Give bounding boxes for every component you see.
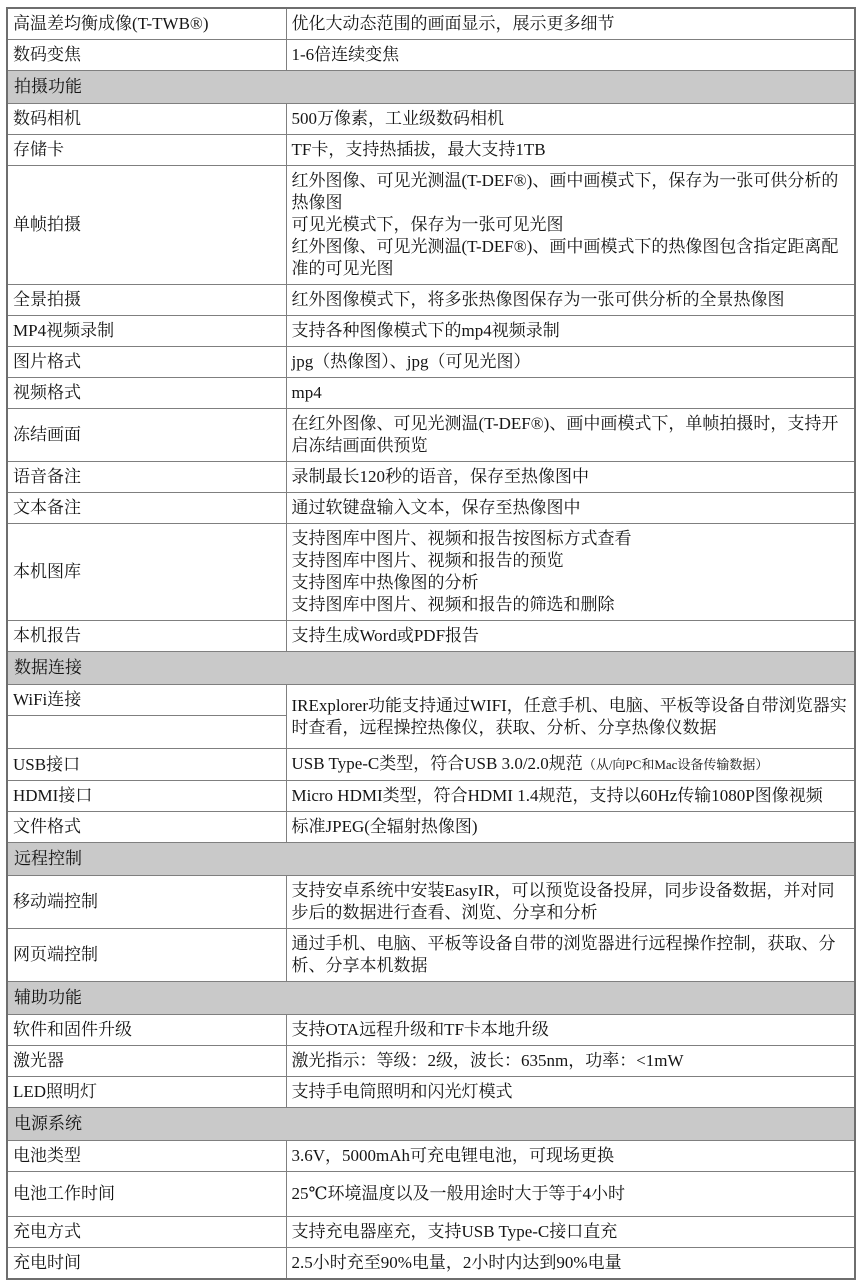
spec-label: LED照明灯 <box>7 1077 286 1108</box>
table-row: 软件和固件升级支持OTA远程升级和TF卡本地升级 <box>7 1015 855 1046</box>
spec-value-line: 3.6V，5000mAh可充电锂电池，可现场更换 <box>292 1145 850 1167</box>
section-header: 远程控制 <box>7 843 855 876</box>
spec-value-text: 优化大动态范围的画面显示，展示更多细节 <box>292 14 615 33</box>
spec-value-text: 3.6V，5000mAh可充电锂电池，可现场更换 <box>292 1146 615 1165</box>
spec-label: HDMI接口 <box>7 781 286 812</box>
spec-value-line: 标准JPEG(全辐射热像图) <box>292 816 850 838</box>
spec-value-line: 500万像素，工业级数码相机 <box>292 108 850 130</box>
table-row: WiFi连接IRExplorer功能支持通过WIFI，任意手机、电脑、平板等设备… <box>7 685 855 716</box>
spec-value: 支持手电筒照明和闪光灯模式 <box>286 1077 855 1108</box>
spec-value: 标准JPEG(全辐射热像图) <box>286 812 855 843</box>
spec-label: 电池工作时间 <box>7 1172 286 1217</box>
spec-value: 1-6倍连续变焦 <box>286 40 855 71</box>
spec-value-text: Micro HDMI类型，符合HDMI 1.4规范，支持以60Hz传输1080P… <box>292 786 823 805</box>
spec-value: 3.6V，5000mAh可充电锂电池，可现场更换 <box>286 1141 855 1172</box>
table-row: 视频格式mp4 <box>7 378 855 409</box>
spec-value: 红外图像、可见光测温(T-DEF®)、画中画模式下，保存为一张可供分析的热像图可… <box>286 166 855 285</box>
spec-value-text: 标准JPEG(全辐射热像图) <box>292 817 478 836</box>
spec-value: 2.5小时充至90%电量，2小时内达到90%电量 <box>286 1248 855 1280</box>
spec-label: 软件和固件升级 <box>7 1015 286 1046</box>
spec-value-text: 通过手机、电脑、平板等设备自带的浏览器进行远程操作控制，获取、分析、分享本机数据 <box>292 934 836 975</box>
table-row: 文本备注通过软键盘输入文本，保存至热像图中 <box>7 493 855 524</box>
spec-label: MP4视频录制 <box>7 316 286 347</box>
spec-label: 高温差均衡成像(T-TWB®) <box>7 8 286 40</box>
spec-table-body: 高温差均衡成像(T-TWB®)优化大动态范围的画面显示，展示更多细节数码变焦1-… <box>7 8 855 1279</box>
table-row: 全景拍摄红外图像模式下，将多张热像图保存为一张可供分析的全景热像图 <box>7 285 855 316</box>
spec-value-line: TF卡，支持热插拔，最大支持1TB <box>292 139 850 161</box>
spec-value-line: 红外图像、可见光测温(T-DEF®)、画中画模式下，保存为一张可供分析的热像图 <box>292 170 850 214</box>
table-row: 图片格式jpg（热像图）、jpg（可见光图） <box>7 347 855 378</box>
spec-value-line: jpg（热像图）、jpg（可见光图） <box>292 351 850 373</box>
spec-value-text: 支持充电器座充，支持USB Type-C接口直充 <box>292 1222 618 1241</box>
table-row: MP4视频录制支持各种图像模式下的mp4视频录制 <box>7 316 855 347</box>
spec-value-text: 支持手电筒照明和闪光灯模式 <box>292 1082 513 1101</box>
spec-value: 支持图库中图片、视频和报告按图标方式查看支持图库中图片、视频和报告的预览支持图库… <box>286 524 855 621</box>
spec-value-line: 支持图库中图片、视频和报告的预览 <box>292 550 850 572</box>
spec-value-text: 录制最长120秒的语音，保存至热像图中 <box>292 467 590 486</box>
spec-value-line: 支持图库中图片、视频和报告的筛选和删除 <box>292 594 850 616</box>
spec-value: 支持OTA远程升级和TF卡本地升级 <box>286 1015 855 1046</box>
spec-value: 支持生成Word或PDF报告 <box>286 621 855 652</box>
spec-value-line: 支持图库中热像图的分析 <box>292 572 850 594</box>
spec-value-text: 支持图库中图片、视频和报告的筛选和删除 <box>292 595 615 614</box>
spec-label: 电池类型 <box>7 1141 286 1172</box>
spec-value-line: 在红外图像、可见光测温(T-DEF®)、画中画模式下，单帧拍摄时，支持开启冻结画… <box>292 413 850 457</box>
table-row: USB接口USB Type-C类型，符合USB 3.0/2.0规范（从/向PC和… <box>7 749 855 781</box>
spec-label: 单帧拍摄 <box>7 166 286 285</box>
spec-value: 在红外图像、可见光测温(T-DEF®)、画中画模式下，单帧拍摄时，支持开启冻结画… <box>286 409 855 462</box>
spec-label: 视频格式 <box>7 378 286 409</box>
spec-label: 图片格式 <box>7 347 286 378</box>
spec-value: jpg（热像图）、jpg（可见光图） <box>286 347 855 378</box>
table-row: 数码变焦1-6倍连续变焦 <box>7 40 855 71</box>
section-header: 数据连接 <box>7 652 855 685</box>
section-row: 数据连接 <box>7 652 855 685</box>
spec-value-text: 在红外图像、可见光测温(T-DEF®)、画中画模式下，单帧拍摄时，支持开启冻结画… <box>292 414 839 455</box>
section-header: 辅助功能 <box>7 982 855 1015</box>
spec-value-line: 通过手机、电脑、平板等设备自带的浏览器进行远程操作控制，获取、分析、分享本机数据 <box>292 933 850 977</box>
section-header: 拍摄功能 <box>7 71 855 104</box>
table-row: 激光器激光指示：等级：2级，波长：635nm，功率：<1mW <box>7 1046 855 1077</box>
spec-value-text: 支持OTA远程升级和TF卡本地升级 <box>292 1020 549 1039</box>
spec-value-line: 支持OTA远程升级和TF卡本地升级 <box>292 1019 850 1041</box>
table-row: 电池类型3.6V，5000mAh可充电锂电池，可现场更换 <box>7 1141 855 1172</box>
spec-value-text: IRExplorer功能支持通过WIFI，任意手机、电脑、平板等设备自带浏览器实… <box>292 696 847 737</box>
spec-value-text: 500万像素，工业级数码相机 <box>292 109 505 128</box>
spec-value-line: 可见光模式下，保存为一张可见光图 <box>292 214 850 236</box>
table-row: 冻结画面在红外图像、可见光测温(T-DEF®)、画中画模式下，单帧拍摄时，支持开… <box>7 409 855 462</box>
spec-value-text: 25℃环境温度以及一般用途时大于等于4小时 <box>292 1184 626 1203</box>
table-row: 语音备注录制最长120秒的语音，保存至热像图中 <box>7 462 855 493</box>
spec-value-line: Micro HDMI类型，符合HDMI 1.4规范，支持以60Hz传输1080P… <box>292 785 850 807</box>
spec-value-line: 录制最长120秒的语音，保存至热像图中 <box>292 466 850 488</box>
spec-value-line: 支持安卓系统中安装EasyIR，可以预览设备投屏，同步设备数据，并对同步后的数据… <box>292 880 850 924</box>
spec-label: USB接口 <box>7 749 286 781</box>
spec-value-line: 红外图像模式下，将多张热像图保存为一张可供分析的全景热像图 <box>292 289 850 311</box>
spec-value-line: 支持各种图像模式下的mp4视频录制 <box>292 320 850 342</box>
spec-label: WiFi连接 <box>7 685 286 716</box>
spec-value-text: 支持图库中热像图的分析 <box>292 573 479 592</box>
spec-label-empty <box>7 716 286 749</box>
section-row: 拍摄功能 <box>7 71 855 104</box>
section-row: 辅助功能 <box>7 982 855 1015</box>
spec-label: 充电方式 <box>7 1217 286 1248</box>
spec-value-line: USB Type-C类型，符合USB 3.0/2.0规范（从/向PC和Mac设备… <box>292 753 850 776</box>
spec-label: 全景拍摄 <box>7 285 286 316</box>
spec-value: 优化大动态范围的画面显示，展示更多细节 <box>286 8 855 40</box>
spec-label: 网页端控制 <box>7 929 286 982</box>
spec-page: 高温差均衡成像(T-TWB®)优化大动态范围的画面显示，展示更多细节数码变焦1-… <box>0 0 864 1280</box>
spec-value-text: 通过软键盘输入文本，保存至热像图中 <box>292 498 581 517</box>
spec-value: 支持安卓系统中安装EasyIR，可以预览设备投屏，同步设备数据，并对同步后的数据… <box>286 876 855 929</box>
table-row: 存储卡TF卡，支持热插拔，最大支持1TB <box>7 135 855 166</box>
table-row: 网页端控制通过手机、电脑、平板等设备自带的浏览器进行远程操作控制，获取、分析、分… <box>7 929 855 982</box>
spec-value-text: USB Type-C类型，符合USB 3.0/2.0规范 <box>292 754 583 773</box>
spec-value: TF卡，支持热插拔，最大支持1TB <box>286 135 855 166</box>
section-row: 远程控制 <box>7 843 855 876</box>
spec-label: 移动端控制 <box>7 876 286 929</box>
table-row: 文件格式标准JPEG(全辐射热像图) <box>7 812 855 843</box>
spec-value-text: 支持图库中图片、视频和报告的预览 <box>292 551 564 570</box>
spec-value-line: 1-6倍连续变焦 <box>292 44 850 66</box>
spec-value: USB Type-C类型，符合USB 3.0/2.0规范（从/向PC和Mac设备… <box>286 749 855 781</box>
spec-value: 通过软键盘输入文本，保存至热像图中 <box>286 493 855 524</box>
spec-value: 500万像素，工业级数码相机 <box>286 104 855 135</box>
spec-value-line: 支持生成Word或PDF报告 <box>292 625 850 647</box>
spec-label: 文本备注 <box>7 493 286 524</box>
spec-value-text: mp4 <box>292 383 322 402</box>
spec-value-text: 可见光模式下，保存为一张可见光图 <box>292 215 564 234</box>
spec-value-line: 优化大动态范围的画面显示，展示更多细节 <box>292 13 850 35</box>
spec-value-line: 25℃环境温度以及一般用途时大于等于4小时 <box>292 1183 850 1205</box>
spec-value: 红外图像模式下，将多张热像图保存为一张可供分析的全景热像图 <box>286 285 855 316</box>
spec-value-line: 支持图库中图片、视频和报告按图标方式查看 <box>292 528 850 550</box>
spec-value: 激光指示：等级：2级，波长：635nm，功率：<1mW <box>286 1046 855 1077</box>
spec-value-text: jpg（热像图）、jpg（可见光图） <box>292 352 531 371</box>
spec-value-note: （从/向PC和Mac设备传输数据） <box>583 757 769 772</box>
spec-value-text: 支持图库中图片、视频和报告按图标方式查看 <box>292 529 632 548</box>
table-row: 电池工作时间25℃环境温度以及一般用途时大于等于4小时 <box>7 1172 855 1217</box>
spec-value-text: 红外图像、可见光测温(T-DEF®)、画中画模式下，保存为一张可供分析的热像图 <box>292 171 839 212</box>
spec-value-text: TF卡，支持热插拔，最大支持1TB <box>292 140 546 159</box>
section-row: 电源系统 <box>7 1108 855 1141</box>
table-row: 充电方式支持充电器座充，支持USB Type-C接口直充 <box>7 1217 855 1248</box>
spec-value-text: 1-6倍连续变焦 <box>292 45 400 64</box>
table-row: LED照明灯支持手电筒照明和闪光灯模式 <box>7 1077 855 1108</box>
spec-value-line: 2.5小时充至90%电量，2小时内达到90%电量 <box>292 1252 850 1274</box>
table-row: 充电时间2.5小时充至90%电量，2小时内达到90%电量 <box>7 1248 855 1280</box>
spec-label: 文件格式 <box>7 812 286 843</box>
table-row: 高温差均衡成像(T-TWB®)优化大动态范围的画面显示，展示更多细节 <box>7 8 855 40</box>
spec-value-line: 支持手电筒照明和闪光灯模式 <box>292 1081 850 1103</box>
spec-value-text: 支持各种图像模式下的mp4视频录制 <box>292 321 560 340</box>
spec-value-text: 2.5小时充至90%电量，2小时内达到90%电量 <box>292 1253 622 1272</box>
table-row: 本机图库支持图库中图片、视频和报告按图标方式查看支持图库中图片、视频和报告的预览… <box>7 524 855 621</box>
spec-label: 激光器 <box>7 1046 286 1077</box>
spec-value-text: 红外图像模式下，将多张热像图保存为一张可供分析的全景热像图 <box>292 290 785 309</box>
spec-value-line: 通过软键盘输入文本，保存至热像图中 <box>292 497 850 519</box>
spec-value-line: 红外图像、可见光测温(T-DEF®)、画中画模式下的热像图包含指定距离配准的可见… <box>292 236 850 280</box>
table-row: 单帧拍摄红外图像、可见光测温(T-DEF®)、画中画模式下，保存为一张可供分析的… <box>7 166 855 285</box>
spec-label: 本机图库 <box>7 524 286 621</box>
spec-value-text: 红外图像、可见光测温(T-DEF®)、画中画模式下的热像图包含指定距离配准的可见… <box>292 237 839 278</box>
spec-label: 充电时间 <box>7 1248 286 1280</box>
spec-value: 支持充电器座充，支持USB Type-C接口直充 <box>286 1217 855 1248</box>
spec-value-line: 支持充电器座充，支持USB Type-C接口直充 <box>292 1221 850 1243</box>
spec-label: 数码相机 <box>7 104 286 135</box>
table-row: 本机报告支持生成Word或PDF报告 <box>7 621 855 652</box>
spec-value: 25℃环境温度以及一般用途时大于等于4小时 <box>286 1172 855 1217</box>
spec-label: 本机报告 <box>7 621 286 652</box>
table-row: 数码相机500万像素，工业级数码相机 <box>7 104 855 135</box>
spec-value-line: mp4 <box>292 382 850 404</box>
spec-value-text: 支持安卓系统中安装EasyIR，可以预览设备投屏，同步设备数据，并对同步后的数据… <box>292 881 835 922</box>
spec-value: mp4 <box>286 378 855 409</box>
spec-value: IRExplorer功能支持通过WIFI，任意手机、电脑、平板等设备自带浏览器实… <box>286 685 855 749</box>
spec-table: 高温差均衡成像(T-TWB®)优化大动态范围的画面显示，展示更多细节数码变焦1-… <box>6 7 856 1280</box>
section-header: 电源系统 <box>7 1108 855 1141</box>
spec-value-text: 激光指示：等级：2级，波长：635nm，功率：<1mW <box>292 1051 684 1070</box>
spec-value-text: 支持生成Word或PDF报告 <box>292 626 480 645</box>
spec-label: 数码变焦 <box>7 40 286 71</box>
spec-value: 录制最长120秒的语音，保存至热像图中 <box>286 462 855 493</box>
table-row: HDMI接口Micro HDMI类型，符合HDMI 1.4规范，支持以60Hz传… <box>7 781 855 812</box>
spec-value-line: IRExplorer功能支持通过WIFI，任意手机、电脑、平板等设备自带浏览器实… <box>292 695 850 739</box>
spec-value: 通过手机、电脑、平板等设备自带的浏览器进行远程操作控制，获取、分析、分享本机数据 <box>286 929 855 982</box>
spec-value: Micro HDMI类型，符合HDMI 1.4规范，支持以60Hz传输1080P… <box>286 781 855 812</box>
table-row: 移动端控制支持安卓系统中安装EasyIR，可以预览设备投屏，同步设备数据，并对同… <box>7 876 855 929</box>
spec-value: 支持各种图像模式下的mp4视频录制 <box>286 316 855 347</box>
spec-label: 存储卡 <box>7 135 286 166</box>
spec-label: 语音备注 <box>7 462 286 493</box>
spec-value-line: 激光指示：等级：2级，波长：635nm，功率：<1mW <box>292 1050 850 1072</box>
spec-label: 冻结画面 <box>7 409 286 462</box>
